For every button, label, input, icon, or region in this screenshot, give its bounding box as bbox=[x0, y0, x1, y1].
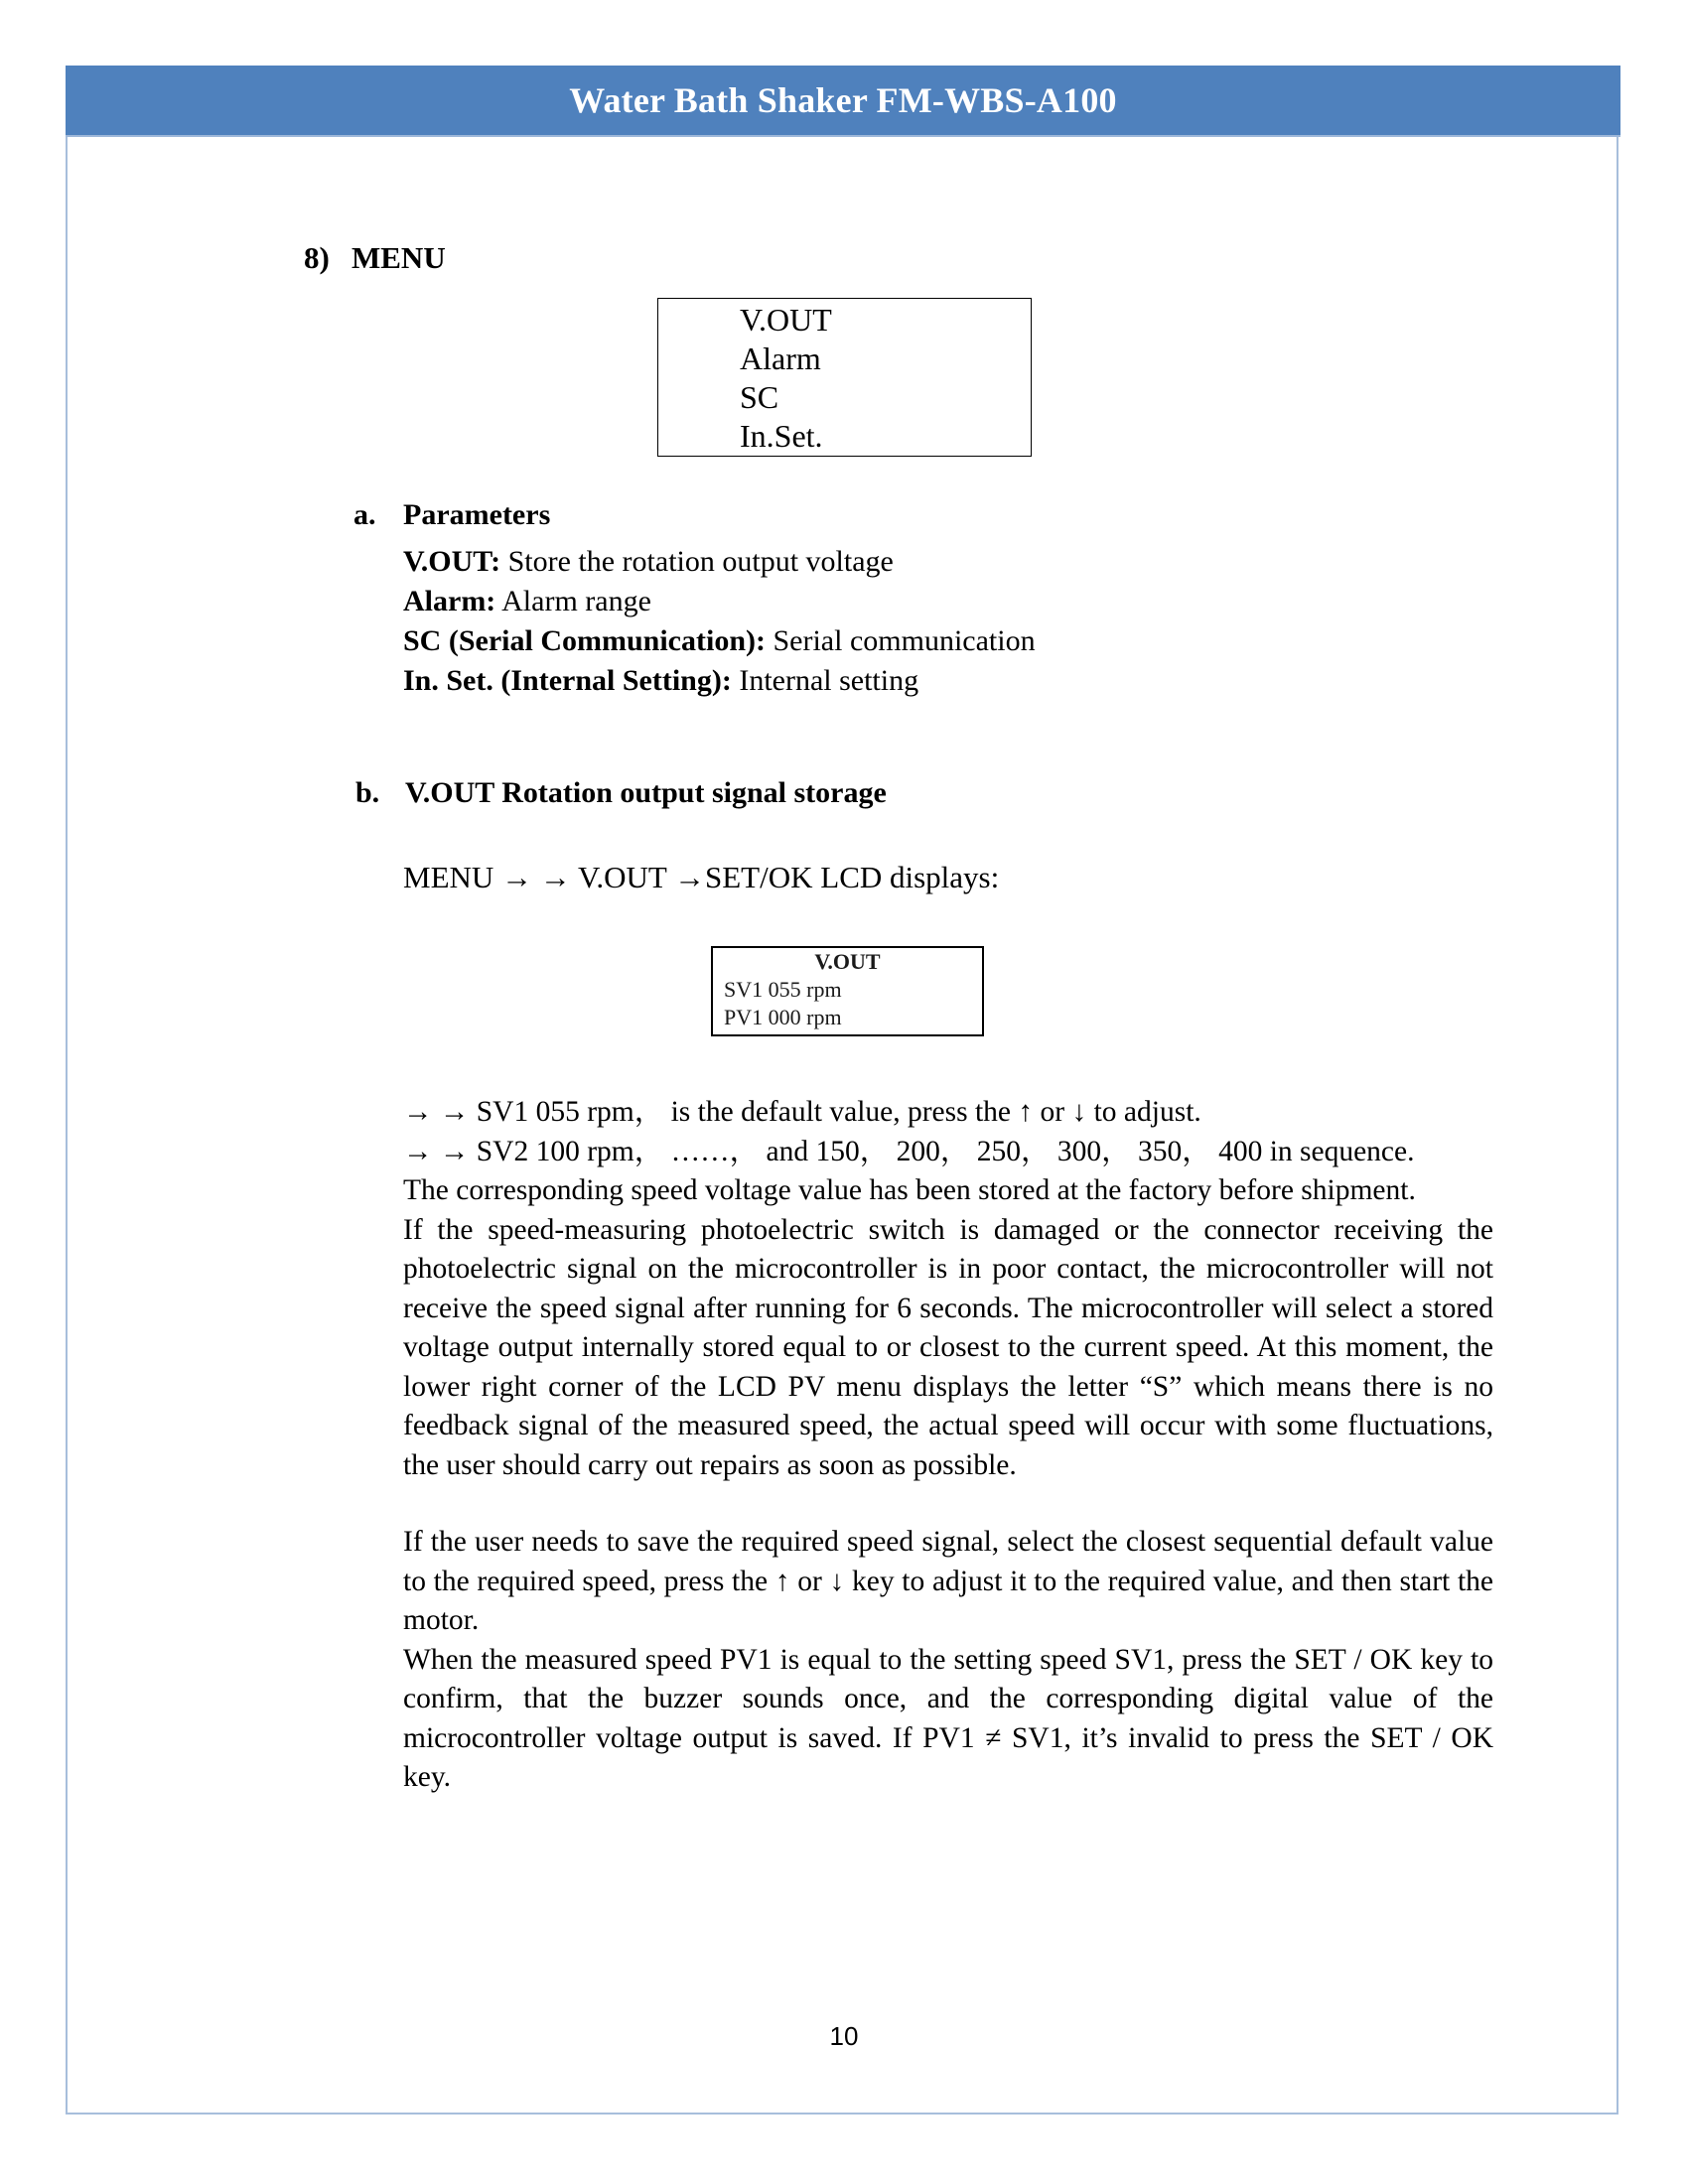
parameter-list: V.OUT: Store the rotation output voltage… bbox=[403, 542, 1036, 701]
parameter-term: V.OUT: bbox=[403, 545, 500, 578]
lcd-line-sv1: SV1 055 rpm bbox=[724, 976, 982, 1004]
lcd-display: V.OUT SV1 055 rpm PV1 000 rpm bbox=[711, 946, 984, 1036]
menu-navigation-path: MENU → → V.OUT →SET/OK LCD displays: bbox=[403, 860, 999, 895]
subsection-vout-heading: b.V.OUT Rotation output signal storage bbox=[355, 776, 887, 810]
subsection-parameters-heading: a.Parameters bbox=[353, 498, 550, 532]
parameter-item: V.OUT: Store the rotation output voltage bbox=[403, 542, 1036, 582]
parameter-item: SC (Serial Communication): Serial commun… bbox=[403, 621, 1036, 661]
parameter-term: Alarm: bbox=[403, 585, 495, 617]
vout-description: → → SV1 055 rpm， is the default value, p… bbox=[403, 1093, 1493, 1798]
paragraph: → → SV1 055 rpm， is the default value, p… bbox=[403, 1093, 1493, 1133]
menu-item-inset: In.Set. bbox=[740, 417, 1031, 456]
subsection-letter: b. bbox=[355, 776, 405, 810]
section-title: MENU bbox=[352, 240, 446, 275]
parameter-item: In. Set. (Internal Setting): Internal se… bbox=[403, 661, 1036, 701]
lcd-line-pv1: PV1 000 rpm bbox=[724, 1004, 982, 1031]
section-heading: 8)MENU bbox=[304, 240, 446, 276]
menu-display-box: V.OUT Alarm SC In.Set. bbox=[657, 298, 1032, 457]
parameter-desc: Store the rotation output voltage bbox=[500, 545, 894, 578]
parameter-term: In. Set. (Internal Setting): bbox=[403, 664, 732, 697]
page-number: 10 bbox=[0, 2021, 1688, 2052]
section-number: 8) bbox=[304, 240, 352, 276]
parameter-desc: Internal setting bbox=[732, 664, 918, 697]
paragraph: → → SV2 100 rpm， ……， and 150， 200， 250， … bbox=[403, 1133, 1493, 1172]
menu-item-vout: V.OUT bbox=[740, 301, 1031, 340]
paragraph: The corresponding speed voltage value ha… bbox=[403, 1171, 1493, 1211]
menu-item-sc: SC bbox=[740, 378, 1031, 417]
header-banner: Water Bath Shaker FM-WBS-A100 bbox=[66, 66, 1620, 137]
lcd-title: V.OUT bbox=[724, 948, 982, 976]
parameter-item: Alarm: Alarm range bbox=[403, 582, 1036, 621]
paragraph: If the user needs to save the required s… bbox=[403, 1523, 1493, 1641]
paragraph: If the speed-measuring photoelectric swi… bbox=[403, 1211, 1493, 1486]
parameter-desc: Alarm range bbox=[495, 585, 651, 617]
paragraph: When the measured speed PV1 is equal to … bbox=[403, 1641, 1493, 1798]
menu-item-alarm: Alarm bbox=[740, 340, 1031, 378]
parameter-desc: Serial communication bbox=[766, 624, 1036, 657]
subsection-title: Parameters bbox=[403, 498, 550, 531]
subsection-title: V.OUT Rotation output signal storage bbox=[405, 776, 887, 809]
document-title: Water Bath Shaker FM-WBS-A100 bbox=[569, 79, 1116, 121]
subsection-letter: a. bbox=[353, 498, 403, 532]
parameter-term: SC (Serial Communication): bbox=[403, 624, 766, 657]
